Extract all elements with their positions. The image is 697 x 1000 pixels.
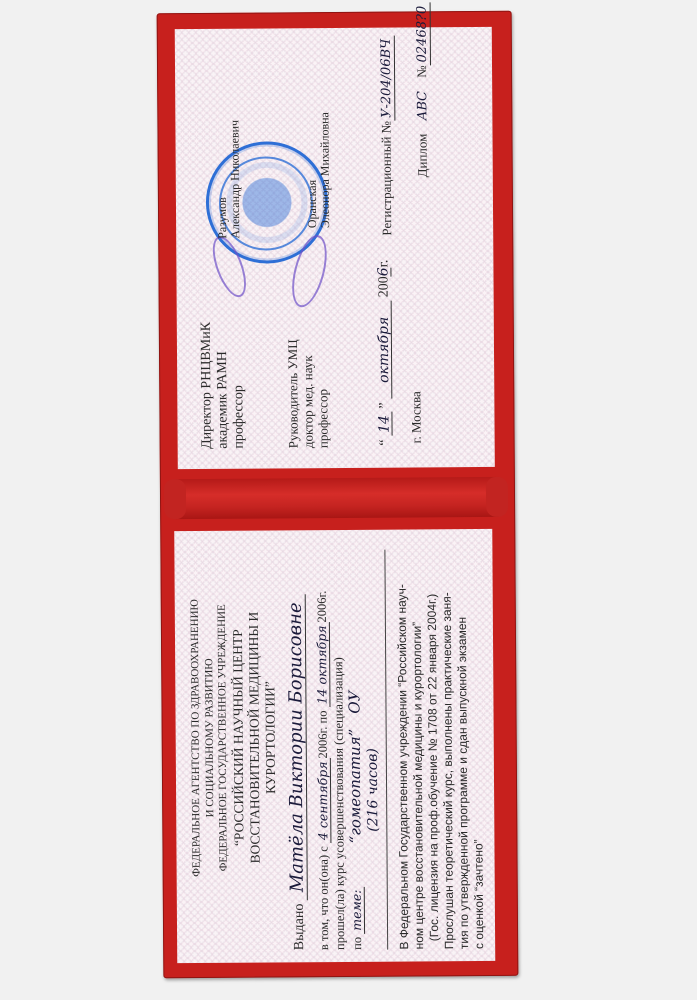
- director-title-line: Директор РНЦВМиК: [199, 322, 216, 449]
- date-year-prefix: 200: [376, 276, 391, 297]
- date-year-suffix: 6: [376, 267, 391, 276]
- issued-to-line: Выдано Матёла Виктории Борисовне: [287, 594, 309, 950]
- diploma-series: АВС: [415, 81, 430, 130]
- header-line: ВОССТАНОВИТЕЛЬНОЙ МЕДИЦИНЫ И КУРОРТОЛОГИ…: [245, 572, 279, 902]
- course-end: 14 октября: [315, 622, 331, 707]
- director-title-line: академик РАМН: [215, 322, 232, 449]
- course-dates-line: в том, что он(она) с 4 сентября2006г. по…: [315, 591, 333, 951]
- spine-cap-left: [164, 479, 186, 519]
- course-dates-mid: г. по: [316, 711, 330, 734]
- issue-date: “ 14 ” октября 2006г.: [376, 260, 392, 446]
- certificate-page: ФЕДЕРАЛЬНОЕ АГЕНТСТВО ПО ЗДРАВООХРАНЕНИЮ…: [174, 529, 495, 963]
- topic-prefix: по: [350, 937, 364, 950]
- director-title: Директор РНЦВМиК академик РАМН профессор: [199, 322, 248, 449]
- recipient-name: Матёла Виктории Борисовне: [287, 594, 308, 900]
- diploma-number: Диплом АВС №02468?0: [415, 3, 432, 178]
- topic-label: теме:: [350, 887, 365, 934]
- date-month: октября: [377, 301, 393, 399]
- course-start: 4 сентября: [316, 758, 332, 843]
- course-topic-line: по теме: “гомеопатия” ОУ: [347, 690, 365, 950]
- date-day: 14: [377, 412, 392, 436]
- diploma-label: Диплом: [414, 134, 429, 178]
- booklet-spine: [164, 477, 508, 519]
- course-dates-suffix: г.: [315, 591, 329, 598]
- registration-number: Регистрационный №У-204/06ВЧ: [379, 36, 396, 236]
- director-name: Разумов Александр Николаевич: [215, 120, 242, 239]
- date-year-end: г.: [376, 260, 391, 268]
- course-hours: (216 часов): [366, 748, 381, 832]
- spine-cap-right: [486, 477, 508, 517]
- head-title: Руководитель УМЦ доктор мед. наук профес…: [285, 339, 331, 448]
- paragraph-line: Прослушан теоретический курс, выполнены …: [439, 539, 457, 949]
- registration-num-sign: №: [378, 121, 393, 134]
- institution-header: ФЕДЕРАЛЬНОЕ АГЕНТСТВО ПО ЗДРАВООХРАНЕНИЮ…: [189, 572, 280, 903]
- head-name: Оранская Элеонора Михайловна: [305, 112, 332, 228]
- issued-label: Выдано: [292, 904, 307, 951]
- certificate-cover: Директор РНЦВМиК академик РАМН профессор…: [157, 11, 519, 978]
- quote-open: “: [378, 439, 393, 445]
- director-given-name: Александр Николаевич: [228, 120, 242, 239]
- signature-page: Директор РНЦВМиК академик РАМН профессор…: [175, 27, 495, 469]
- diploma-num-sign: №: [414, 65, 429, 78]
- course-start-year: 2006: [316, 733, 330, 758]
- head-given-name: Элеонора Михайловна: [318, 112, 332, 228]
- director-title-line: профессор: [231, 322, 248, 449]
- header-line: ФЕДЕРАЛЬНОЕ ГОСУДАРСТВЕННОЕ УЧРЕЖДЕНИЕ: [216, 573, 232, 903]
- registration-label: Регистрационный: [379, 137, 395, 236]
- registration-value: У-204/06ВЧ: [380, 36, 396, 121]
- header-line: ФЕДЕРАЛЬНОЕ АГЕНТСТВО ПО ЗДРАВООХРАНЕНИЮ: [189, 573, 205, 903]
- head-title-line: Руководитель УМЦ: [285, 339, 301, 448]
- certificate-page-content: ФЕДЕРАЛЬНОЕ АГЕНТСТВО ПО ЗДРАВООХРАНЕНИЮ…: [174, 529, 495, 963]
- paragraph-line: В Федеральном Государственном учреждении…: [394, 539, 412, 949]
- paragraph-line: с оценкой “зачтено”: [469, 539, 487, 949]
- course-topic: “гомеопатия”: [346, 729, 365, 884]
- head-title-line: профессор: [315, 339, 331, 448]
- separator-line: [384, 550, 388, 950]
- course-end-year: 2006: [315, 597, 329, 622]
- quote-close: ”: [377, 402, 392, 408]
- head-title-line: доктор мед. наук: [300, 339, 316, 448]
- diploma-value: 02468?0: [416, 3, 431, 66]
- course-code: ОУ: [345, 690, 363, 725]
- signature-page-content: Директор РНЦВМиК академик РАМН профессор…: [175, 27, 495, 469]
- course-dates-prefix: в том, что он(она) с: [316, 846, 331, 950]
- issue-city: г. Москва: [409, 391, 423, 443]
- certificate-paragraph: В Федеральном Государственном учреждении…: [394, 539, 487, 950]
